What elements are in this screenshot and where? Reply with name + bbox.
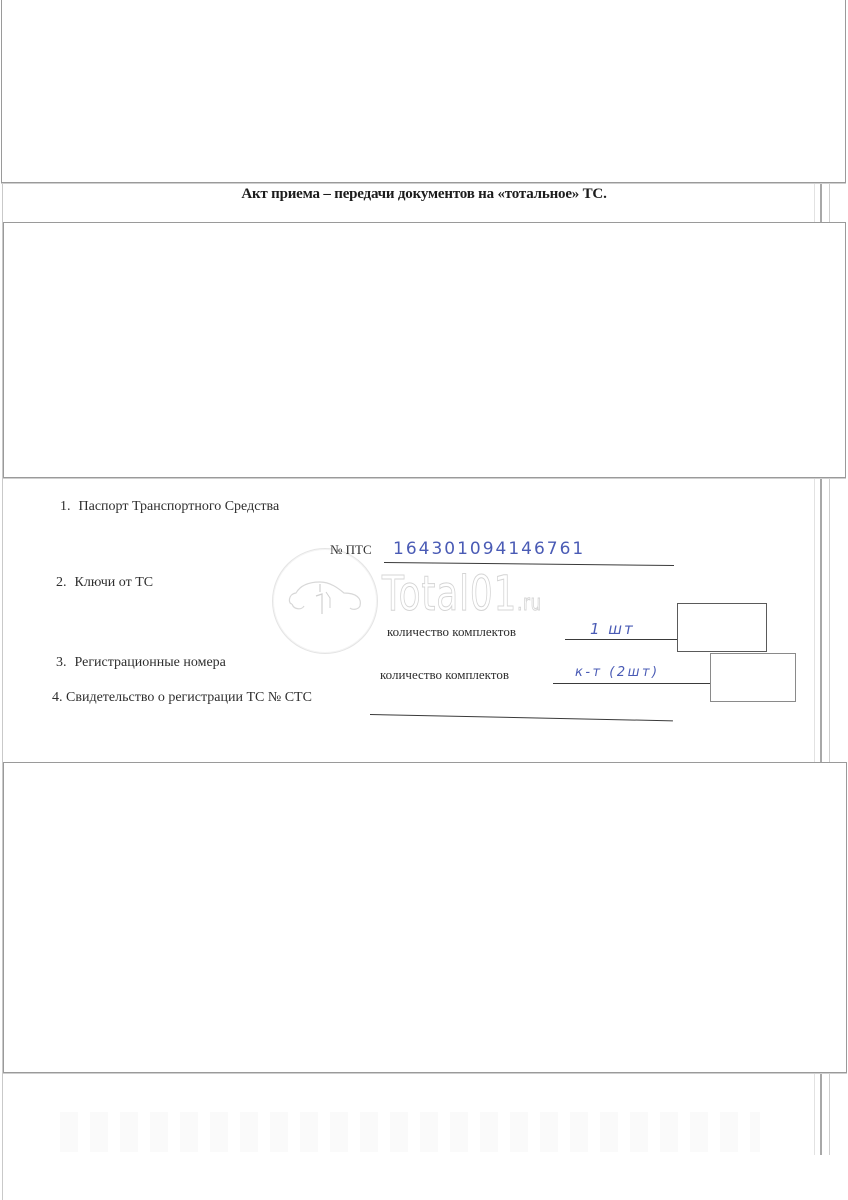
item-registration-certificate: 4. Свидетельство о регистрации ТС № СТС xyxy=(52,690,312,706)
item-label: Свидетельство о регистрации ТС № СТС xyxy=(66,690,312,705)
watermark-text: Total01.ru xyxy=(382,566,542,622)
plates-qty-label: количество комплектов xyxy=(380,667,509,683)
item-label: 4. xyxy=(52,690,63,705)
watermark-domain: .ru xyxy=(517,591,542,616)
item-label: Паспорт Транспортного Средства xyxy=(79,499,280,514)
keys-qty-label: количество комплектов xyxy=(387,624,516,640)
car-logo-icon xyxy=(286,578,364,618)
item-label: Регистрационные номера xyxy=(75,655,226,670)
watermark-brand: Total01 xyxy=(382,566,517,622)
redacted-box-plates xyxy=(710,653,796,702)
keys-qty-value-handwritten: 1 шт xyxy=(590,620,635,638)
document-title: Акт приема – передачи документов на «тот… xyxy=(0,186,848,203)
plates-qty-fill-line xyxy=(553,683,713,684)
pts-value-handwritten: 164301094146761 xyxy=(393,539,585,559)
item-number: 3. xyxy=(56,655,67,670)
item-passport: 1.Паспорт Транспортного Средства xyxy=(60,499,279,515)
item-plates: 3.Регистрационные номера xyxy=(56,655,226,671)
redacted-region-signatures xyxy=(3,762,847,1073)
plates-qty-value-handwritten: к-т (2шт) xyxy=(575,665,660,680)
redacted-region-parties xyxy=(3,222,846,478)
watermark-circle xyxy=(272,548,378,654)
pts-label: № ПТС xyxy=(330,542,372,558)
redacted-box-keys xyxy=(677,603,767,652)
item-keys: 2.Ключи от ТС xyxy=(56,575,153,591)
sts-fill-line xyxy=(370,714,673,721)
item-number: 1. xyxy=(60,499,71,514)
bleed-through-text xyxy=(60,1112,760,1152)
item-number: 2. xyxy=(56,575,67,590)
pts-fill-line xyxy=(384,562,674,566)
redacted-region-header xyxy=(1,0,846,183)
item-label: Ключи от ТС xyxy=(75,575,154,590)
keys-qty-fill-line xyxy=(565,639,680,640)
